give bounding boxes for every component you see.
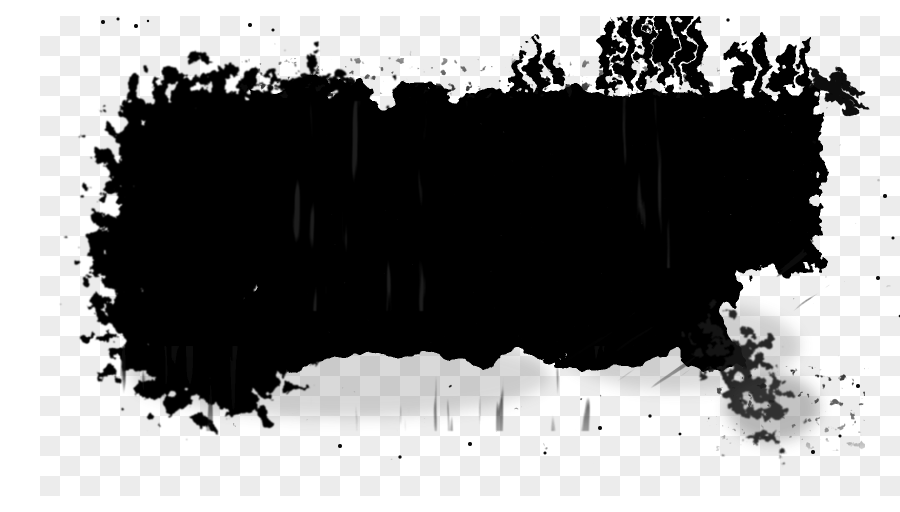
interior-drip-highlights xyxy=(278,101,468,311)
top-splatter-spikes xyxy=(511,16,812,100)
bottom-splatter-dots xyxy=(150,384,620,464)
ink-splatter-artwork xyxy=(40,16,900,496)
grunge-texture-image xyxy=(40,16,900,496)
